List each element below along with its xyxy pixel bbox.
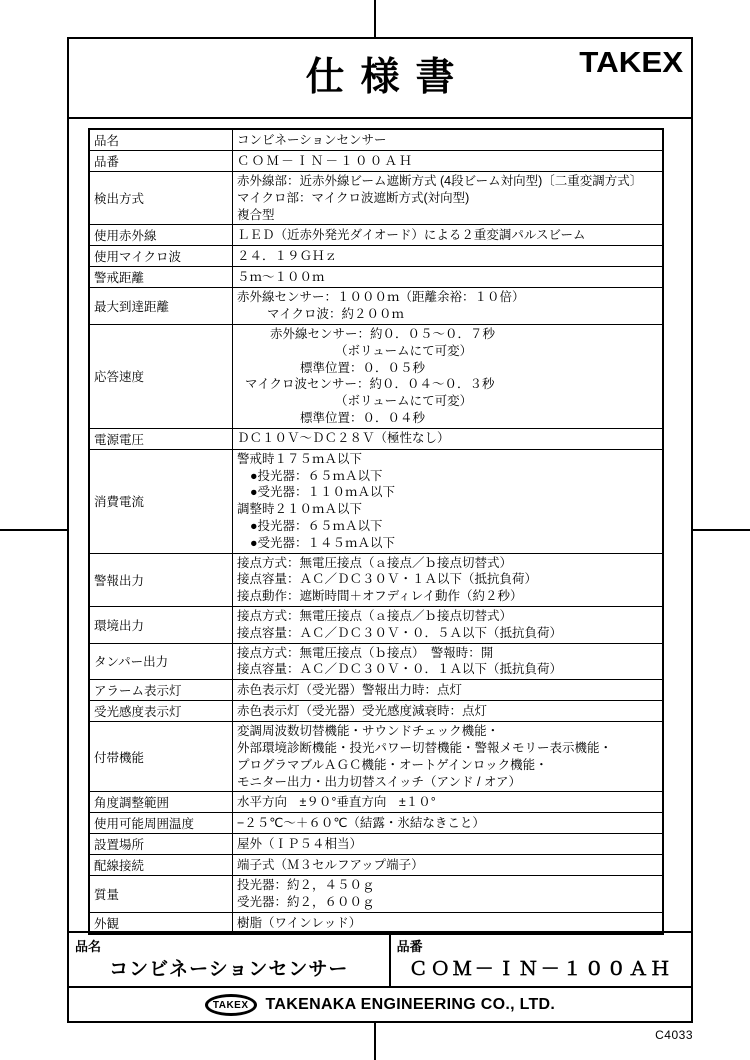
spec-row-value: 接点方式：無電圧接点（ａ接点／ｂ接点切替式）接点容量：ＡＣ／ＤＣ３０Ｖ・０．５Ａ… xyxy=(233,606,664,643)
footer-block: 品名 コンビネーションセンサー 品番 ＣＯＭ－ＩＮ－１００ＡＨ TAKEX TA… xyxy=(69,931,691,1021)
spec-line: 接点方式：無電圧接点（ａ接点／ｂ接点切替式） xyxy=(237,555,658,572)
spec-row-value: −２５℃～＋６０℃（結露・氷結なきこと） xyxy=(233,813,664,834)
spec-row-value: 赤色表示灯（受光器）受光感度減衰時：点灯 xyxy=(233,701,664,722)
spec-line: ●投光器：６５ｍＡ以下 xyxy=(237,518,658,535)
spec-line: （ボリュームにて可変） xyxy=(237,393,658,410)
spec-row-value: 端子式（Ｍ３セルフアップ端子） xyxy=(233,855,664,876)
spec-line: ＬＥＤ（近赤外発光ダイオード）による２重変調パルスビーム xyxy=(237,227,658,244)
spec-line: 接点容量：ＡＣ／ＤＣ３０Ｖ・１Ａ以下（抵抗負荷） xyxy=(237,571,658,588)
spec-line: マイクロ波：約２００ｍ xyxy=(237,306,658,323)
spec-row-label: 環境出力 xyxy=(89,606,233,643)
spec-row-label: 消費電流 xyxy=(89,449,233,553)
spec-line: 接点容量：ＡＣ／ＤＣ３０Ｖ・０．５Ａ以下（抵抗負荷） xyxy=(237,625,658,642)
spec-row: 使用赤外線ＬＥＤ（近赤外発光ダイオード）による２重変調パルスビーム xyxy=(89,225,663,246)
spec-row-label: 品名 xyxy=(89,129,233,151)
spec-line: 警戒時１７５ｍＡ以下 xyxy=(237,451,658,468)
spec-line: 端子式（Ｍ３セルフアップ端子） xyxy=(237,857,658,874)
spec-row-label: 応答速度 xyxy=(89,324,233,428)
footer-name-cell: 品名 コンビネーションセンサー xyxy=(69,933,391,986)
spec-row-label: 警戒距離 xyxy=(89,267,233,288)
spec-line: 接点方式：無電圧接点（ｂ接点） 警報時：開 xyxy=(237,645,658,662)
crop-mark-left xyxy=(0,529,68,531)
document-header: 仕様書 TAKEX xyxy=(69,39,691,119)
crop-mark-right xyxy=(692,529,750,531)
crop-mark-top xyxy=(374,0,376,38)
spec-table: 品名コンビネーションセンサー品番ＣＯＭ－ＩＮ－１００ＡＨ検出方式赤外線部：近赤外… xyxy=(88,128,664,935)
spec-row: 角度調整範囲水平方向 ±９０°垂直方向 ±１０° xyxy=(89,792,663,813)
spec-row: 消費電流警戒時１７５ｍＡ以下●投光器：６５ｍＡ以下●受光器：１１０ｍＡ以下調整時… xyxy=(89,449,663,553)
spec-table-wrapper: 品名コンビネーションセンサー品番ＣＯＭ－ＩＮ－１００ＡＨ検出方式赤外線部：近赤外… xyxy=(69,119,691,935)
spec-line: 受光器：約２，６００ｇ xyxy=(237,894,658,911)
spec-line: 複合型 xyxy=(237,207,658,224)
spec-row-value: コンビネーションセンサー xyxy=(233,129,664,151)
spec-row: 環境出力接点方式：無電圧接点（ａ接点／ｂ接点切替式）接点容量：ＡＣ／ＤＣ３０Ｖ・… xyxy=(89,606,663,643)
spec-sheet-page: 仕様書 TAKEX 品名コンビネーションセンサー品番ＣＯＭ－ＩＮ－１００ＡＨ検出… xyxy=(0,0,750,1060)
spec-row-value: 変調周波数切替機能・サウンドチェック機能・外部環境診断機能・投光パワー切替機能・… xyxy=(233,722,664,792)
spec-line: マイクロ部：マイクロ波遮断方式(対向型) xyxy=(237,190,658,207)
spec-line: コンビネーションセンサー xyxy=(237,132,658,149)
spec-line: マイクロ波センサー：約０．０４～０．３秒 xyxy=(237,376,658,393)
spec-row-label: 最大到達距離 xyxy=(89,288,233,325)
spec-row-value: 赤外線センサー：１０００ｍ（距離余裕：１０倍）マイクロ波：約２００ｍ xyxy=(233,288,664,325)
spec-line: 赤外線センサー：１０００ｍ（距離余裕：１０倍） xyxy=(237,289,658,306)
spec-line: 標準位置：０．０４秒 xyxy=(237,410,658,427)
spec-row-value: ＬＥＤ（近赤外発光ダイオード）による２重変調パルスビーム xyxy=(233,225,664,246)
footer-name-label: 品名 xyxy=(75,936,101,955)
spec-row-label: 使用赤外線 xyxy=(89,225,233,246)
spec-line: −２５℃～＋６０℃（結露・氷結なきこと） xyxy=(237,815,658,832)
spec-row-label: 使用可能周囲温度 xyxy=(89,813,233,834)
spec-row: 電源電圧ＤＣ１０Ｖ～ＤＣ２８Ｖ（極性なし） xyxy=(89,428,663,449)
spec-row-value: 接点方式：無電圧接点（ｂ接点） 警報時：開接点容量：ＡＣ／ＤＣ３０Ｖ・０．１Ａ以… xyxy=(233,643,664,680)
spec-row: 付帯機能変調周波数切替機能・サウンドチェック機能・外部環境診断機能・投光パワー切… xyxy=(89,722,663,792)
spec-row: アラーム表示灯赤色表示灯（受光器）警報出力時：点灯 xyxy=(89,680,663,701)
spec-row-value: 投光器：約２，４５０ｇ受光器：約２，６００ｇ xyxy=(233,876,664,913)
spec-row: タンパー出力接点方式：無電圧接点（ｂ接点） 警報時：開接点容量：ＡＣ／ＤＣ３０Ｖ… xyxy=(89,643,663,680)
spec-row-value: 赤外線部：近赤外線ビーム遮断方式 (4段ビーム対向型)〔二重変調方式〕マイクロ部… xyxy=(233,172,664,225)
spec-row: 受光感度表示灯赤色表示灯（受光器）受光感度減衰時：点灯 xyxy=(89,701,663,722)
footer-number-value: ＣＯＭ－ＩＮ－１００ＡＨ xyxy=(391,933,691,981)
company-bar: TAKEX TAKENAKA ENGINEERING CO., LTD. xyxy=(69,988,691,1021)
spec-line: ５ｍ～１００ｍ xyxy=(237,269,658,286)
spec-row-value: 警戒時１７５ｍＡ以下●投光器：６５ｍＡ以下●受光器：１１０ｍＡ以下調整時２１０ｍ… xyxy=(233,449,664,553)
spec-row-value: ＤＣ１０Ｖ～ＤＣ２８Ｖ（極性なし） xyxy=(233,428,664,449)
spec-row-label: 質量 xyxy=(89,876,233,913)
spec-line: 屋外（ＩＰ５４相当） xyxy=(237,836,658,853)
spec-row-label: 受光感度表示灯 xyxy=(89,701,233,722)
spec-row-label: 付帯機能 xyxy=(89,722,233,792)
spec-line: 変調周波数切替機能・サウンドチェック機能・ xyxy=(237,723,658,740)
spec-row-value: 赤色表示灯（受光器）警報出力時：点灯 xyxy=(233,680,664,701)
spec-line: プログラマブルＡＧＣ機能・オートゲインロック機能・ xyxy=(237,757,658,774)
spec-row-label: 角度調整範囲 xyxy=(89,792,233,813)
spec-line: ２４．１９ＧＨｚ xyxy=(237,248,658,265)
spec-line: 水平方向 ±９０°垂直方向 ±１０° xyxy=(237,794,658,811)
footer-number-cell: 品番 ＣＯＭ－ＩＮ－１００ＡＨ xyxy=(391,933,691,986)
spec-line: 接点方式：無電圧接点（ａ接点／ｂ接点切替式） xyxy=(237,608,658,625)
spec-row-value: ２４．１９ＧＨｚ xyxy=(233,246,664,267)
takex-logo-text: TAKEX xyxy=(579,47,683,80)
spec-row: 検出方式赤外線部：近赤外線ビーム遮断方式 (4段ビーム対向型)〔二重変調方式〕マ… xyxy=(89,172,663,225)
spec-line: 外部環境診断機能・投光パワー切替機能・警報メモリー表示機能・ xyxy=(237,740,658,757)
spec-row: 警戒距離５ｍ～１００ｍ xyxy=(89,267,663,288)
spec-row-value: 水平方向 ±９０°垂直方向 ±１０° xyxy=(233,792,664,813)
spec-line: 接点動作：遮断時間＋オフディレイ動作（約２秒） xyxy=(237,588,658,605)
spec-line: ●受光器：１４５ｍＡ以下 xyxy=(237,535,658,552)
spec-row: 質量投光器：約２，４５０ｇ受光器：約２，６００ｇ xyxy=(89,876,663,913)
spec-row: 品番ＣＯＭ－ＩＮ－１００ＡＨ xyxy=(89,151,663,172)
spec-line: 赤外線センサー：約０．０５～０．７秒 xyxy=(237,326,658,343)
spec-line: 投光器：約２，４５０ｇ xyxy=(237,877,658,894)
takex-oval-logo-icon: TAKEX xyxy=(205,994,257,1016)
spec-row: 応答速度赤外線センサー：約０．０５～０．７秒（ボリュームにて可変）標準位置：０．… xyxy=(89,324,663,428)
company-name: TAKENAKA ENGINEERING CO., LTD. xyxy=(266,996,556,1014)
spec-row-label: 配線接続 xyxy=(89,855,233,876)
spec-row: 使用可能周囲温度−２５℃～＋６０℃（結露・氷結なきこと） xyxy=(89,813,663,834)
spec-row-value: 屋外（ＩＰ５４相当） xyxy=(233,834,664,855)
spec-row-label: 品番 xyxy=(89,151,233,172)
spec-line: 赤色表示灯（受光器）受光感度減衰時：点灯 xyxy=(237,703,658,720)
document-frame: 仕様書 TAKEX 品名コンビネーションセンサー品番ＣＯＭ－ＩＮ－１００ＡＨ検出… xyxy=(67,37,693,1023)
spec-line: 接点容量：ＡＣ／ＤＣ３０Ｖ・０．１Ａ以下（抵抗負荷） xyxy=(237,661,658,678)
spec-row-label: 警報出力 xyxy=(89,553,233,606)
spec-row: 品名コンビネーションセンサー xyxy=(89,129,663,151)
crop-mark-bottom xyxy=(374,1022,376,1060)
spec-row-label: 電源電圧 xyxy=(89,428,233,449)
spec-row-value: ＣＯＭ－ＩＮ－１００ＡＨ xyxy=(233,151,664,172)
spec-line: ＣＯＭ－ＩＮ－１００ＡＨ xyxy=(237,153,658,170)
doc-code: C4033 xyxy=(655,1028,693,1042)
footer-number-label: 品番 xyxy=(397,936,423,955)
spec-row: 使用マイクロ波２４．１９ＧＨｚ xyxy=(89,246,663,267)
spec-line: ＤＣ１０Ｖ～ＤＣ２８Ｖ（極性なし） xyxy=(237,430,658,447)
spec-row-label: アラーム表示灯 xyxy=(89,680,233,701)
spec-row: 警報出力接点方式：無電圧接点（ａ接点／ｂ接点切替式）接点容量：ＡＣ／ＤＣ３０Ｖ・… xyxy=(89,553,663,606)
spec-line: 調整時２１０ｍＡ以下 xyxy=(237,501,658,518)
spec-line: 標準位置：０．０５秒 xyxy=(237,360,658,377)
spec-line: ●投光器：６５ｍＡ以下 xyxy=(237,468,658,485)
spec-row: 配線接続端子式（Ｍ３セルフアップ端子） xyxy=(89,855,663,876)
spec-row-label: 設置場所 xyxy=(89,834,233,855)
spec-row-label: タンパー出力 xyxy=(89,643,233,680)
spec-line: 樹脂（ワインレッド） xyxy=(237,915,658,932)
spec-row-label: 検出方式 xyxy=(89,172,233,225)
spec-row-value: ５ｍ～１００ｍ xyxy=(233,267,664,288)
spec-row: 最大到達距離赤外線センサー：１０００ｍ（距離余裕：１０倍）マイクロ波：約２００ｍ xyxy=(89,288,663,325)
spec-line: （ボリュームにて可変） xyxy=(237,343,658,360)
spec-row-label: 使用マイクロ波 xyxy=(89,246,233,267)
spec-line: モニター出力・出力切替スイッチ（アンド / オア） xyxy=(237,774,658,791)
footer-name-value: コンビネーションセンサー xyxy=(69,933,389,981)
spec-line: 赤外線部：近赤外線ビーム遮断方式 (4段ビーム対向型)〔二重変調方式〕 xyxy=(237,173,658,190)
spec-row-value: 赤外線センサー：約０．０５～０．７秒（ボリュームにて可変）標準位置：０．０５秒マ… xyxy=(233,324,664,428)
footer-title-row: 品名 コンビネーションセンサー 品番 ＣＯＭ－ＩＮ－１００ＡＨ xyxy=(69,933,691,988)
spec-line: 赤色表示灯（受光器）警報出力時：点灯 xyxy=(237,682,658,699)
spec-line: ●受光器：１１０ｍＡ以下 xyxy=(237,484,658,501)
spec-row-value: 接点方式：無電圧接点（ａ接点／ｂ接点切替式）接点容量：ＡＣ／ＤＣ３０Ｖ・１Ａ以下… xyxy=(233,553,664,606)
spec-row: 設置場所屋外（ＩＰ５４相当） xyxy=(89,834,663,855)
